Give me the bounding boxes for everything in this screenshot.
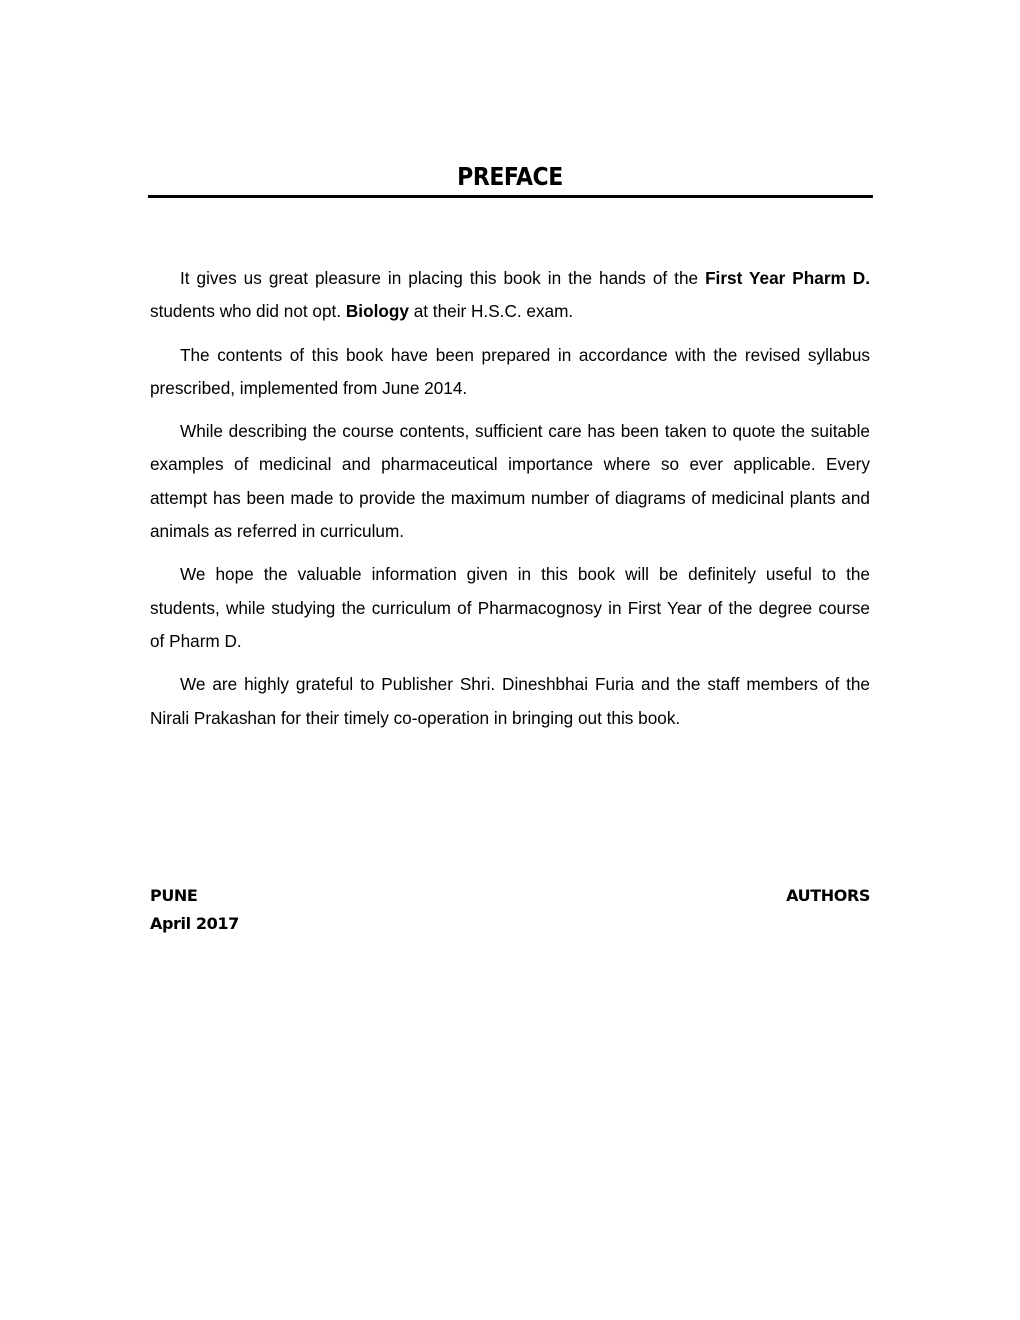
paragraph-4: We hope the valuable information given i… — [150, 558, 870, 658]
preface-footer: PUNE AUTHORS April 2017 — [150, 882, 870, 938]
paragraph-2: The contents of this book have been prep… — [150, 339, 870, 406]
preface-body: It gives us great pleasure in placing th… — [150, 262, 870, 745]
footer-row-2: April 2017 — [150, 910, 870, 938]
paragraph-1: It gives us great pleasure in placing th… — [150, 262, 870, 329]
footer-place: PUNE — [150, 882, 197, 910]
title-underline-rule — [148, 195, 873, 198]
paragraph-5: We are highly grateful to Publisher Shri… — [150, 668, 870, 735]
paragraph-1-text-b: students who did not opt. — [150, 301, 346, 321]
footer-signature: AUTHORS — [786, 882, 870, 910]
paragraph-1-text-c: at their H.S.C. exam. — [409, 301, 573, 321]
paragraph-1-bold-subject: Biology — [346, 301, 409, 321]
paragraph-3: While describing the course contents, su… — [150, 415, 870, 548]
footer-date: April 2017 — [150, 910, 239, 938]
page-title: PREFACE — [191, 160, 828, 194]
paragraph-1-text-a: It gives us great pleasure in placing th… — [180, 268, 705, 288]
document-page: PREFACE It gives us great pleasure in pl… — [0, 0, 1020, 1320]
paragraph-1-bold-course: First Year Pharm D. — [705, 268, 870, 288]
footer-row-1: PUNE AUTHORS — [150, 882, 870, 910]
